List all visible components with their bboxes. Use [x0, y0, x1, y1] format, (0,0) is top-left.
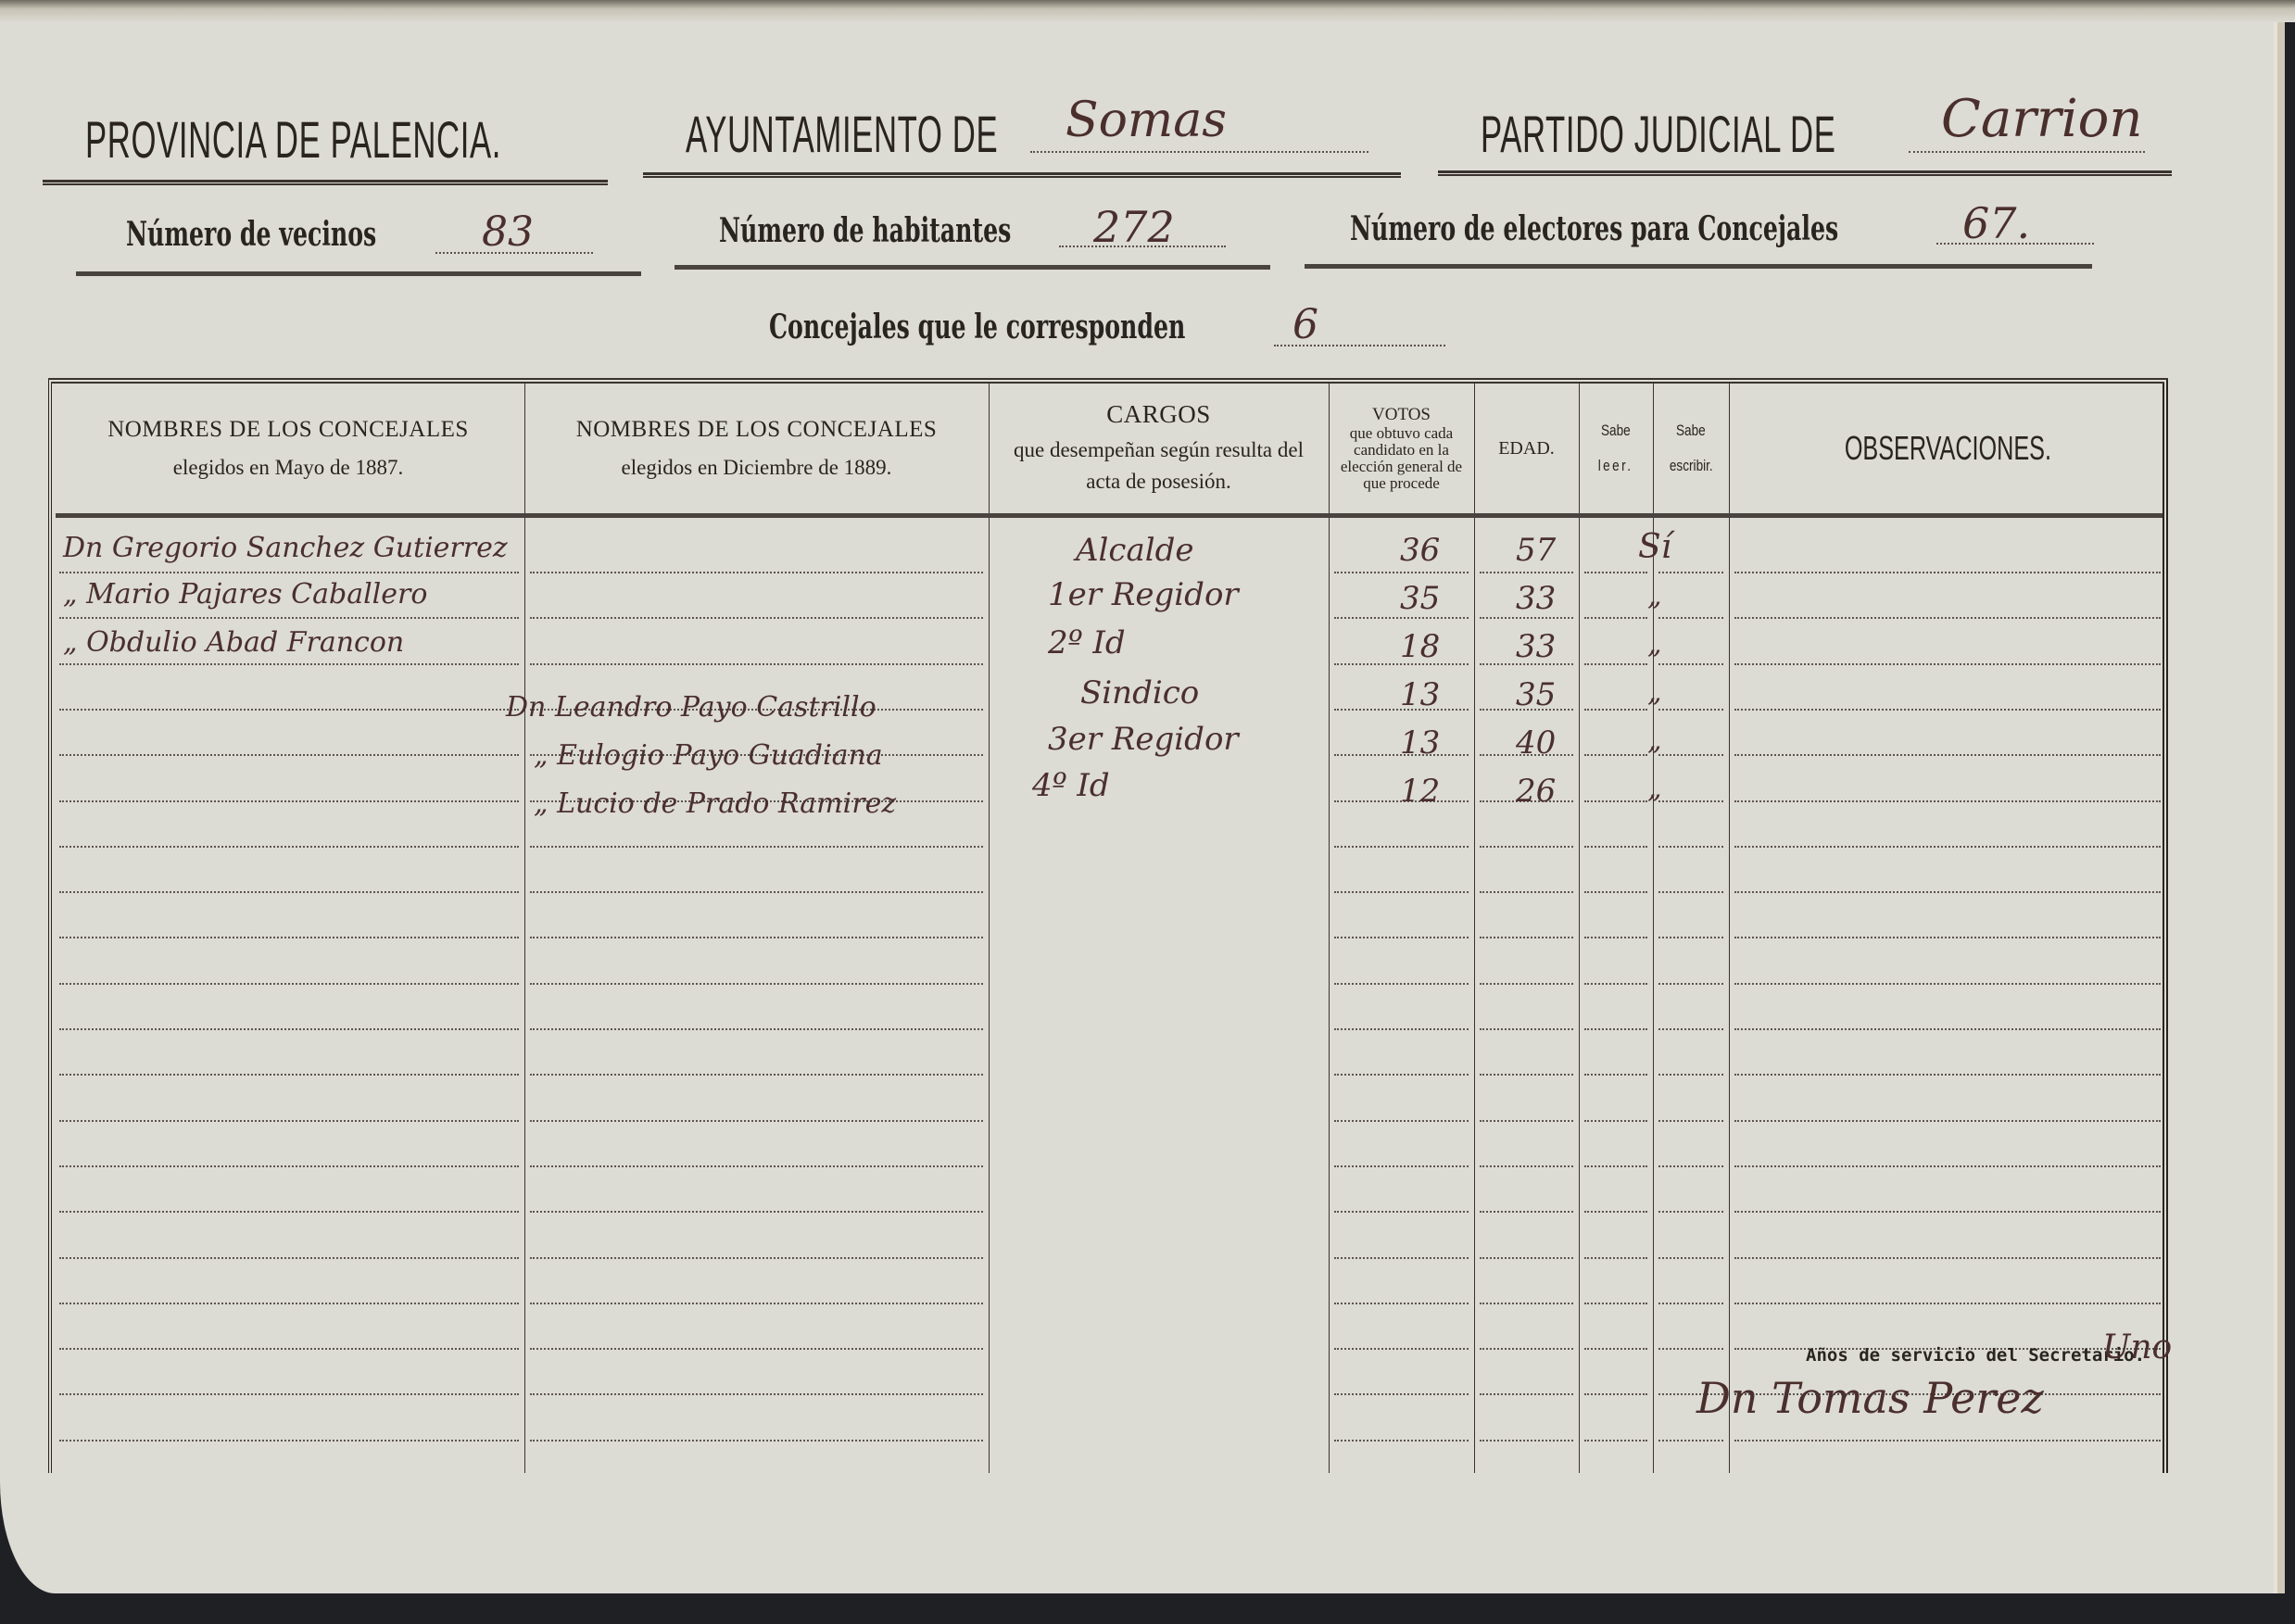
col-divider	[1329, 384, 1330, 1473]
ruled-line	[1480, 846, 1573, 848]
ruled-line	[1658, 1348, 1723, 1350]
ruled-line	[530, 937, 983, 938]
row-2-mayo: „ Mario Pajares Caballero	[63, 578, 427, 611]
ruled-line	[530, 1120, 983, 1122]
row-5-cargo: 3er Regidor	[1048, 721, 1239, 758]
ruled-line	[1658, 617, 1723, 619]
header-title: Sabe	[1676, 413, 1706, 448]
vecinos-rule	[76, 271, 641, 276]
ruled-line	[59, 1028, 519, 1030]
ruled-line	[1584, 983, 1647, 985]
ruled-line	[530, 1074, 983, 1076]
ruled-line	[1480, 617, 1573, 619]
book-binding	[0, 0, 2295, 22]
ruled-line	[530, 983, 983, 985]
header-subtitle: que desempeñan según resulta del acta de…	[1006, 434, 1312, 497]
ruled-line	[1734, 1303, 2161, 1304]
ruled-line	[59, 800, 519, 802]
ruled-line	[1658, 937, 1723, 938]
ruled-line	[1334, 1257, 1469, 1259]
header-dic-1889: NOMBRES DE LOS CONCEJALES elegidos en Di…	[524, 384, 989, 513]
vecinos-value: 83	[482, 208, 534, 256]
ruled-line	[1334, 846, 1469, 848]
ruled-line	[1734, 709, 2161, 711]
ruled-line	[59, 663, 519, 665]
ruled-line	[1480, 1257, 1573, 1259]
ruled-line	[59, 572, 519, 573]
ruled-line	[1334, 1348, 1469, 1350]
col-divider	[1474, 384, 1475, 1473]
ruled-line	[1584, 800, 1647, 802]
ruled-line	[1658, 1165, 1723, 1167]
ruled-line	[1584, 663, 1647, 665]
ruled-line	[1584, 1257, 1647, 1259]
header-title: VOTOS	[1372, 405, 1431, 425]
row-3-mayo: „ Obdulio Abad Francon	[63, 626, 404, 659]
provincia-label: PROVINCIA DE PALENCIA.	[85, 109, 501, 170]
ruled-line	[530, 1211, 983, 1213]
header-subtitle: escribir.	[1670, 448, 1713, 484]
ruled-line	[1658, 754, 1723, 756]
row-3-edad: 33	[1516, 628, 1556, 665]
ruled-line	[1480, 1120, 1573, 1122]
ruled-line	[1334, 1120, 1469, 1122]
ruled-line	[1734, 891, 2161, 893]
col-divider	[989, 384, 990, 1473]
ruled-line	[1658, 1120, 1723, 1122]
ruled-line	[530, 846, 983, 848]
header-subtitle: elegidos en Mayo de 1887.	[173, 456, 403, 480]
header-subtitle: leer.	[1598, 448, 1633, 484]
row-4-diciembre: Dn Leandro Payo Castrillo	[506, 691, 876, 724]
ruled-line	[1658, 572, 1723, 573]
header-title: EDAD.	[1498, 438, 1555, 460]
row-4-cargo: Sindico	[1080, 674, 1199, 711]
header-title: Sabe	[1601, 413, 1631, 448]
ruled-line	[1658, 800, 1723, 802]
partido-rule	[1438, 170, 2172, 176]
row-3-sabe: „	[1647, 628, 1662, 661]
ayuntamiento-value: Somas	[1066, 93, 1227, 148]
ruled-line	[1334, 1393, 1469, 1395]
ruled-line	[1480, 937, 1573, 938]
ruled-line	[59, 1303, 519, 1304]
header-observaciones: OBSERVACIONES.	[1729, 384, 2166, 513]
header-sabe-leer: Sabe leer.	[1579, 384, 1653, 513]
provincia-rule	[43, 180, 608, 185]
ruled-line	[1734, 1165, 2161, 1167]
ruled-line	[530, 1440, 983, 1441]
ruled-line	[530, 1303, 983, 1304]
ruled-line	[1584, 1028, 1647, 1030]
ruled-line	[1658, 1074, 1723, 1076]
ruled-line	[1584, 709, 1647, 711]
electores-value: 67.	[1962, 198, 2030, 248]
ruled-line	[59, 891, 519, 893]
ruled-line	[59, 1348, 519, 1350]
concejales-value: 6	[1293, 301, 1318, 348]
ruled-line	[1734, 937, 2161, 938]
ruled-line	[1334, 1440, 1469, 1441]
ruled-line	[1584, 1211, 1647, 1213]
ruled-line	[1734, 754, 2161, 756]
partido-dots	[1909, 151, 2145, 153]
header-rule	[56, 513, 2163, 518]
col-divider	[524, 384, 525, 1473]
row-3-cargo: 2º Id	[1048, 624, 1126, 661]
ruled-line	[1480, 1028, 1573, 1030]
ruled-line	[59, 1393, 519, 1395]
ruled-line	[1734, 617, 2161, 619]
ruled-line	[1734, 846, 2161, 848]
row-6-diciembre: „ Lucio de Prado Ramirez	[534, 787, 896, 820]
ruled-line	[1480, 1348, 1573, 1350]
row-5-votos: 13	[1400, 724, 1440, 762]
ruled-line	[1584, 891, 1647, 893]
ruled-line	[1334, 937, 1469, 938]
ruled-line	[1334, 1074, 1469, 1076]
ruled-line	[1334, 1028, 1469, 1030]
ruled-line	[1584, 846, 1647, 848]
ruled-line	[1658, 1028, 1723, 1030]
ruled-line	[59, 983, 519, 985]
concejales-label: Concejales que le corresponden	[769, 308, 1185, 346]
ruled-line	[1584, 617, 1647, 619]
ruled-line	[1584, 937, 1647, 938]
row-5-sabe: „	[1647, 724, 1662, 757]
ruled-line	[1734, 1074, 2161, 1076]
row-4-edad: 35	[1516, 676, 1556, 713]
ruled-line	[1480, 1074, 1573, 1076]
document-page: PROVINCIA DE PALENCIA. AYUNTAMIENTO DE S…	[0, 0, 2285, 1593]
row-4-sabe: „	[1647, 676, 1662, 709]
ruled-line	[1584, 1393, 1647, 1395]
ruled-line	[1334, 572, 1469, 573]
ruled-line	[1658, 891, 1723, 893]
ruled-line	[1658, 1257, 1723, 1259]
ruled-line	[1480, 891, 1573, 893]
row-6-sabe: „	[1647, 773, 1662, 805]
ruled-line	[1734, 1257, 2161, 1259]
partido-label: PARTIDO JUDICIAL DE	[1481, 104, 1835, 164]
ruled-line	[1734, 1211, 2161, 1213]
row-2-cargo: 1er Regidor	[1048, 576, 1239, 613]
ruled-line	[1480, 1165, 1573, 1167]
concejales-table: NOMBRES DE LOS CONCEJALES elegidos en Ma…	[48, 378, 2168, 1473]
ruled-line	[59, 1440, 519, 1441]
row-6-edad: 26	[1516, 773, 1556, 810]
habitantes-value: 272	[1093, 202, 1175, 252]
row-2-votos: 35	[1400, 580, 1440, 617]
habitantes-rule	[675, 265, 1270, 270]
ruled-line	[1584, 572, 1647, 573]
ruled-line	[1584, 1074, 1647, 1076]
ruled-line	[1734, 572, 2161, 573]
ruled-line	[1480, 1440, 1573, 1441]
ruled-line	[59, 754, 519, 756]
ruled-line	[1658, 1211, 1723, 1213]
header-sabe-escribir: Sabe escribir.	[1653, 384, 1729, 513]
ruled-line	[59, 1211, 519, 1213]
row-6-votos: 12	[1400, 773, 1440, 810]
ruled-line	[1658, 1440, 1723, 1441]
electores-label: Número de electores para Concejales	[1350, 209, 1838, 248]
ruled-line	[59, 846, 519, 848]
ruled-line	[59, 1165, 519, 1167]
row-5-diciembre: „ Eulogio Payo Guadiana	[534, 739, 883, 772]
servicio-label: Años de servicio del Secretario.	[1806, 1345, 2145, 1366]
ruled-line	[1334, 1165, 1469, 1167]
ruled-line	[59, 709, 519, 711]
header-subtitle: que obtuvo cada candidato en la elección…	[1337, 425, 1467, 492]
row-1-sabe: Sí	[1638, 528, 1671, 566]
row-2-edad: 33	[1516, 580, 1556, 617]
ruled-line	[1734, 983, 2161, 985]
ayuntamiento-label: AYUNTAMIENTO DE	[686, 104, 998, 164]
ruled-line	[530, 1393, 983, 1395]
ruled-line	[530, 617, 983, 619]
ruled-line	[1658, 846, 1723, 848]
partido-value: Carrion	[1941, 89, 2142, 149]
ruled-line	[1584, 1303, 1647, 1304]
header-mayo-1887: NOMBRES DE LOS CONCEJALES elegidos en Ma…	[52, 384, 524, 513]
ruled-line	[1334, 891, 1469, 893]
header-title: NOMBRES DE LOS CONCEJALES	[576, 417, 938, 443]
ruled-line	[1658, 983, 1723, 985]
row-2-sabe: „	[1647, 580, 1662, 612]
header-votos: VOTOS que obtuvo cada candidato en la el…	[1329, 384, 1474, 513]
row-6-cargo: 4º Id	[1032, 767, 1110, 804]
ruled-line	[59, 617, 519, 619]
ruled-line	[1480, 1303, 1573, 1304]
ruled-line	[1480, 983, 1573, 985]
ayuntamiento-dots	[1030, 151, 1368, 153]
ruled-line	[1480, 1393, 1573, 1395]
header-cargos: CARGOS que desempeñan según resulta del …	[989, 384, 1329, 513]
ruled-line	[1334, 617, 1469, 619]
row-1-edad: 57	[1516, 532, 1556, 569]
ruled-line	[1734, 663, 2161, 665]
ruled-line	[1584, 1440, 1647, 1441]
header-edad: EDAD.	[1474, 384, 1579, 513]
ruled-line	[59, 937, 519, 938]
header-title: CARGOS	[1106, 400, 1211, 429]
vecinos-label: Número de vecinos	[126, 215, 376, 254]
ruled-line	[1584, 1120, 1647, 1122]
ruled-line	[530, 1165, 983, 1167]
ruled-line	[1734, 1120, 2161, 1122]
ruled-line	[1734, 800, 2161, 802]
ruled-line	[59, 1120, 519, 1122]
ruled-line	[1334, 983, 1469, 985]
ruled-line	[530, 891, 983, 893]
ruled-line	[1584, 1348, 1647, 1350]
habitantes-label: Número de habitantes	[719, 211, 1011, 250]
ruled-line	[59, 1257, 519, 1259]
ruled-line	[1334, 1303, 1469, 1304]
ruled-line	[530, 1348, 983, 1350]
ruled-line	[1480, 1211, 1573, 1213]
ruled-line	[530, 1028, 983, 1030]
electores-rule	[1305, 264, 2092, 269]
header-subtitle: elegidos en Diciembre de 1889.	[622, 456, 892, 480]
row-1-cargo: Alcalde	[1076, 532, 1194, 569]
row-5-edad: 40	[1516, 724, 1556, 762]
ayuntamiento-rule	[643, 172, 1401, 178]
col-divider	[1579, 384, 1580, 1473]
row-1-votos: 36	[1400, 532, 1440, 569]
row-3-votos: 18	[1400, 628, 1440, 665]
row-4-votos: 13	[1400, 676, 1440, 713]
ruled-line	[1734, 1028, 2161, 1030]
ruled-line	[1584, 1165, 1647, 1167]
servicio-value: Uno	[2102, 1328, 2172, 1366]
ruled-line	[59, 1074, 519, 1076]
ruled-line	[530, 572, 983, 573]
ruled-line	[1658, 663, 1723, 665]
ruled-line	[530, 663, 983, 665]
ruled-line	[1658, 709, 1723, 711]
ruled-line	[1734, 1440, 2161, 1441]
header-title: OBSERVACIONES.	[1844, 429, 2050, 468]
header-title: NOMBRES DE LOS CONCEJALES	[107, 417, 469, 443]
col-divider	[1729, 384, 1730, 1473]
row-1-mayo: Dn Gregorio Sanchez Gutierrez	[63, 532, 508, 564]
secretario-signature: Dn Tomas Perez	[1696, 1373, 2044, 1423]
ruled-line	[530, 1257, 983, 1259]
ruled-line	[1480, 572, 1573, 573]
ruled-line	[1334, 1211, 1469, 1213]
ruled-line	[1584, 754, 1647, 756]
ruled-line	[1658, 1303, 1723, 1304]
